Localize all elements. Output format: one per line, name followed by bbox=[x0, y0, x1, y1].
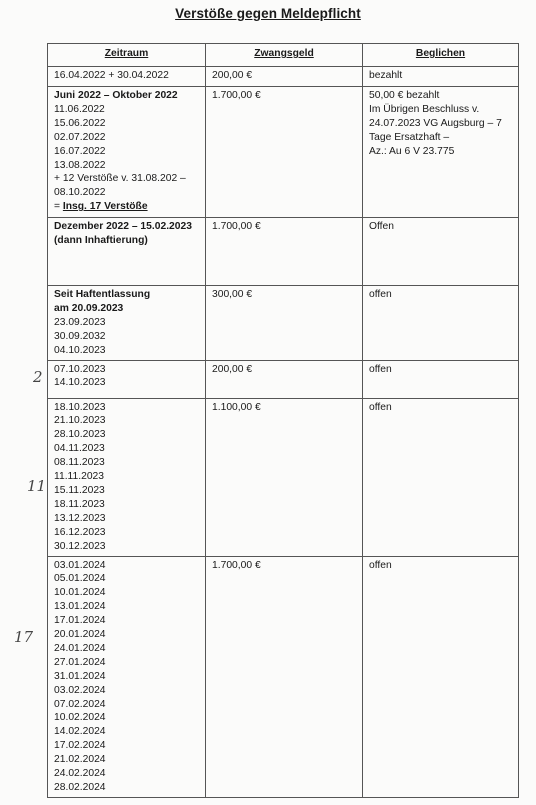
beglichen-line: offen bbox=[369, 559, 512, 573]
table-row: 18.10.202321.10.202328.10.202304.11.2023… bbox=[48, 398, 519, 556]
zeitraum-date: 17.02.2024 bbox=[54, 739, 199, 753]
cell-zeitraum: Juni 2022 – Oktober 202211.06.202215.06.… bbox=[48, 87, 206, 218]
zeitraum-date: 20.01.2024 bbox=[54, 628, 199, 642]
handwritten-note-2: 2 bbox=[33, 368, 43, 386]
zeitraum-total-label: Insg. 17 Verstöße bbox=[63, 201, 148, 212]
zeitraum-date: 17.01.2024 bbox=[54, 614, 199, 628]
zeitraum-total-prefix: = bbox=[54, 201, 63, 212]
cell-zwangsgeld: 200,00 € bbox=[206, 67, 363, 87]
zeitraum-date: 16.12.2023 bbox=[54, 526, 199, 540]
zeitraum-date: 10.02.2024 bbox=[54, 711, 199, 725]
zeitraum-date: 02.07.2022 bbox=[54, 131, 199, 145]
beglichen-line: Im Übrigen Beschluss v. bbox=[369, 103, 512, 117]
zeitraum-date: 13.08.2022 bbox=[54, 159, 199, 173]
zeitraum-date: 23.09.2023 bbox=[54, 316, 199, 330]
cell-beglichen: 50,00 € bezahltIm Übrigen Beschluss v.24… bbox=[363, 87, 519, 218]
cell-beglichen: bezahlt bbox=[363, 67, 519, 87]
header-zeitraum: Zeitraum bbox=[48, 44, 206, 67]
zeitraum-date: 03.02.2024 bbox=[54, 684, 199, 698]
zeitraum-date: 04.10.2023 bbox=[54, 344, 199, 358]
cell-zwangsgeld: 1.700,00 € bbox=[206, 218, 363, 286]
zeitraum-date: 30.09.2032 bbox=[54, 330, 199, 344]
beglichen-line: offen bbox=[369, 288, 512, 302]
handwritten-note-17: 17 bbox=[14, 628, 33, 646]
zeitraum-date: 15.11.2023 bbox=[54, 484, 199, 498]
zeitraum-date: + 12 Verstöße v. 31.08.202 – bbox=[54, 172, 199, 186]
zeitraum-total: = Insg. 17 Verstöße bbox=[54, 200, 199, 214]
cell-beglichen: offen bbox=[363, 286, 519, 361]
cell-zeitraum: 07.10.202314.10.2023 bbox=[48, 360, 206, 398]
zeitraum-date: 07.10.2023 bbox=[54, 363, 199, 377]
zeitraum-date: 28.02.2024 bbox=[54, 781, 199, 795]
zeitraum-heading: Dezember 2022 – 15.02.2023 bbox=[54, 220, 199, 234]
zeitraum-date: 14.10.2023 bbox=[54, 376, 199, 390]
header-beglichen: Beglichen bbox=[363, 44, 519, 67]
table-row: Seit Haftentlassungam 20.09.202323.09.20… bbox=[48, 286, 519, 361]
zeitraum-date: 07.02.2024 bbox=[54, 698, 199, 712]
beglichen-line: 50,00 € bezahlt bbox=[369, 89, 512, 103]
violations-table: Zeitraum Zwangsgeld Beglichen 16.04.2022… bbox=[47, 43, 519, 798]
zeitraum-date: 03.01.2024 bbox=[54, 559, 199, 573]
zeitraum-date: 16.07.2022 bbox=[54, 145, 199, 159]
table-row: Dezember 2022 – 15.02.2023(dann Inhaftie… bbox=[48, 218, 519, 286]
zeitraum-heading: Seit Haftentlassung bbox=[54, 288, 199, 302]
cell-zeitraum: Dezember 2022 – 15.02.2023(dann Inhaftie… bbox=[48, 218, 206, 286]
zeitraum-date: 08.11.2023 bbox=[54, 456, 199, 470]
header-zwangsgeld: Zwangsgeld bbox=[206, 44, 363, 67]
cell-zeitraum: 18.10.202321.10.202328.10.202304.11.2023… bbox=[48, 398, 206, 556]
handwritten-note-11: 11 bbox=[27, 477, 46, 495]
cell-zeitraum: Seit Haftentlassungam 20.09.202323.09.20… bbox=[48, 286, 206, 361]
zeitraum-date: 18.11.2023 bbox=[54, 498, 199, 512]
zeitraum-date: 18.10.2023 bbox=[54, 401, 199, 415]
beglichen-line: bezahlt bbox=[369, 69, 512, 83]
table-row: Juni 2022 – Oktober 202211.06.202215.06.… bbox=[48, 87, 519, 218]
cell-zwangsgeld: 200,00 € bbox=[206, 360, 363, 398]
zeitraum-date: 30.12.2023 bbox=[54, 540, 199, 554]
beglichen-line: Tage Ersatzhaft – bbox=[369, 131, 512, 145]
cell-zwangsgeld: 300,00 € bbox=[206, 286, 363, 361]
beglichen-line: Offen bbox=[369, 220, 512, 234]
beglichen-line: offen bbox=[369, 401, 512, 415]
zeitraum-heading: (dann Inhaftierung) bbox=[54, 234, 199, 248]
zeitraum-date: 08.10.2022 bbox=[54, 186, 199, 200]
cell-beglichen: Offen bbox=[363, 218, 519, 286]
table-row: 03.01.202405.01.202410.01.202413.01.2024… bbox=[48, 556, 519, 797]
cell-zwangsgeld: 1.700,00 € bbox=[206, 556, 363, 797]
document-title: Verstöße gegen Meldepflicht bbox=[0, 6, 536, 21]
zeitraum-date: 15.06.2022 bbox=[54, 117, 199, 131]
table-body: 16.04.2022 + 30.04.2022200,00 €bezahltJu… bbox=[48, 67, 519, 798]
beglichen-line: offen bbox=[369, 363, 512, 377]
cell-beglichen: offen bbox=[363, 360, 519, 398]
zeitraum-date: 16.04.2022 + 30.04.2022 bbox=[54, 69, 199, 83]
zeitraum-date: 24.01.2024 bbox=[54, 642, 199, 656]
zeitraum-date: 13.01.2024 bbox=[54, 600, 199, 614]
zeitraum-heading: Juni 2022 – Oktober 2022 bbox=[54, 89, 199, 103]
zeitraum-date: 24.02.2024 bbox=[54, 767, 199, 781]
zeitraum-date: 27.01.2024 bbox=[54, 656, 199, 670]
cell-zwangsgeld: 1.100,00 € bbox=[206, 398, 363, 556]
zeitraum-date: 31.01.2024 bbox=[54, 670, 199, 684]
zeitraum-date: 04.11.2023 bbox=[54, 442, 199, 456]
zeitraum-heading: am 20.09.2023 bbox=[54, 302, 199, 316]
zeitraum-date: 11.11.2023 bbox=[54, 470, 199, 484]
cell-beglichen: offen bbox=[363, 556, 519, 797]
zeitraum-date: 21.02.2024 bbox=[54, 753, 199, 767]
zeitraum-date: 11.06.2022 bbox=[54, 103, 199, 117]
cell-beglichen: offen bbox=[363, 398, 519, 556]
table-row: 16.04.2022 + 30.04.2022200,00 €bezahlt bbox=[48, 67, 519, 87]
zeitraum-date: 28.10.2023 bbox=[54, 428, 199, 442]
table-header-row: Zeitraum Zwangsgeld Beglichen bbox=[48, 44, 519, 67]
cell-zwangsgeld: 1.700,00 € bbox=[206, 87, 363, 218]
zeitraum-date: 05.01.2024 bbox=[54, 572, 199, 586]
cell-zeitraum: 03.01.202405.01.202410.01.202413.01.2024… bbox=[48, 556, 206, 797]
zeitraum-date: 13.12.2023 bbox=[54, 512, 199, 526]
beglichen-line: 24.07.2023 VG Augsburg – 7 bbox=[369, 117, 512, 131]
zeitraum-date: 14.02.2024 bbox=[54, 725, 199, 739]
zeitraum-date: 21.10.2023 bbox=[54, 414, 199, 428]
table-row: 07.10.202314.10.2023200,00 €offen bbox=[48, 360, 519, 398]
zeitraum-date: 10.01.2024 bbox=[54, 586, 199, 600]
cell-zeitraum: 16.04.2022 + 30.04.2022 bbox=[48, 67, 206, 87]
beglichen-line: Az.: Au 6 V 23.775 bbox=[369, 145, 512, 159]
